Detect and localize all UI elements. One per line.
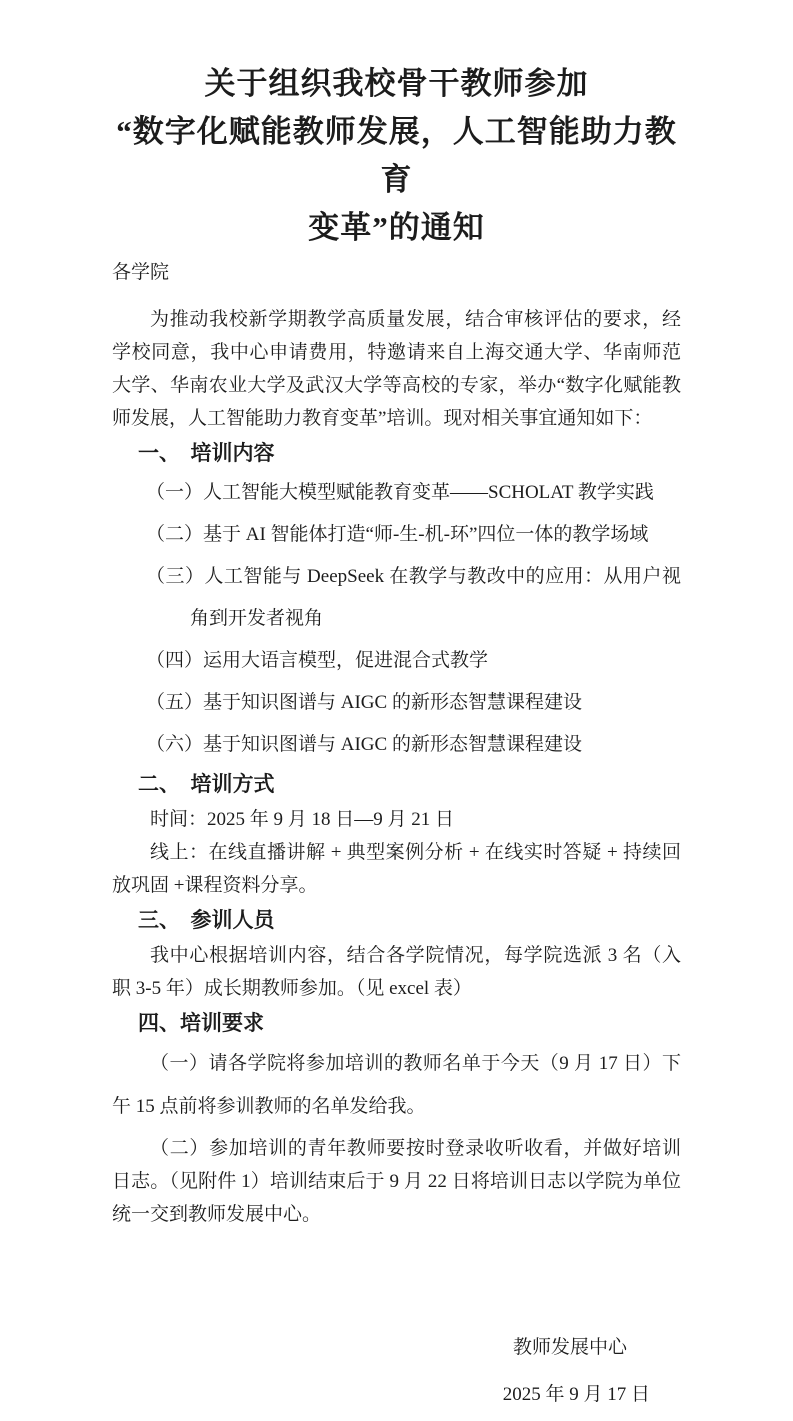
section-heading-requirements: 四、培训要求 [112, 1005, 681, 1042]
intro-paragraph: 为推动我校新学期教学高质量发展，结合审核评估的要求，经学校同意，我中心申请费用，… [112, 303, 681, 435]
training-method-paragraph-2: 线上：在线直播讲解 + 典型案例分析 + 在线实时答疑 + 持续回放巩固 +课程… [112, 836, 681, 902]
signature-block: 教师发展中心 2025 年 9 月 17 日 [112, 1331, 681, 1411]
page-title: 关于组织我校骨干教师参加 “数字化赋能教师发展，人工智能助力教育 变革”的通知 [112, 60, 681, 252]
training-content-item-3: （三）人工智能与 DeepSeek 在教学与教改中的应用：从用户视角到开发者视角 [112, 556, 681, 640]
training-method-paragraph-1: 时间：2025 年 9 月 18 日—9 月 21 日 [112, 803, 681, 836]
signature-date: 2025 年 9 月 17 日 [112, 1378, 681, 1411]
requirements-paragraph-1: （一）请各学院将参加培训的教师名单于今天（9 月 17 日）下午 15 点前将参… [112, 1042, 681, 1128]
training-content-item-5: （五）基于知识图谱与 AIGC 的新形态智慧课程建设 [112, 682, 681, 724]
section-heading-training-method: 二、 培训方式 [112, 766, 681, 803]
salutation: 各学院 [112, 256, 681, 290]
signature-org: 教师发展中心 [112, 1331, 681, 1364]
sections-container: 一、 培训内容（一）人工智能大模型赋能教育变革——SCHOLAT 教学实践（二）… [112, 435, 681, 1231]
title-line-1: 关于组织我校骨干教师参加 [112, 60, 681, 108]
section-heading-participants: 三、 参训人员 [112, 902, 681, 939]
title-line-2: “数字化赋能教师发展，人工智能助力教育 [112, 108, 681, 204]
training-content-item-1: （一）人工智能大模型赋能教育变革——SCHOLAT 教学实践 [112, 472, 681, 514]
notice-document-page: 关于组织我校骨干教师参加 “数字化赋能教师发展，人工智能助力教育 变革”的通知 … [0, 0, 793, 1421]
requirements-paragraph-2: （二）参加培训的青年教师要按时登录收听收看，并做好培训日志。（见附件 1）培训结… [112, 1132, 681, 1231]
training-content-item-2: （二）基于 AI 智能体打造“师-生-机-环”四位一体的教学场域 [112, 514, 681, 556]
participants-paragraph-1: 我中心根据培训内容，结合各学院情况，每学院选派 3 名（入职 3-5 年）成长期… [112, 939, 681, 1005]
section-heading-training-content: 一、 培训内容 [112, 435, 681, 472]
training-content-item-4: （四）运用大语言模型，促进混合式教学 [112, 640, 681, 682]
training-content-item-6: （六）基于知识图谱与 AIGC 的新形态智慧课程建设 [112, 724, 681, 766]
title-line-3: 变革”的通知 [112, 204, 681, 252]
